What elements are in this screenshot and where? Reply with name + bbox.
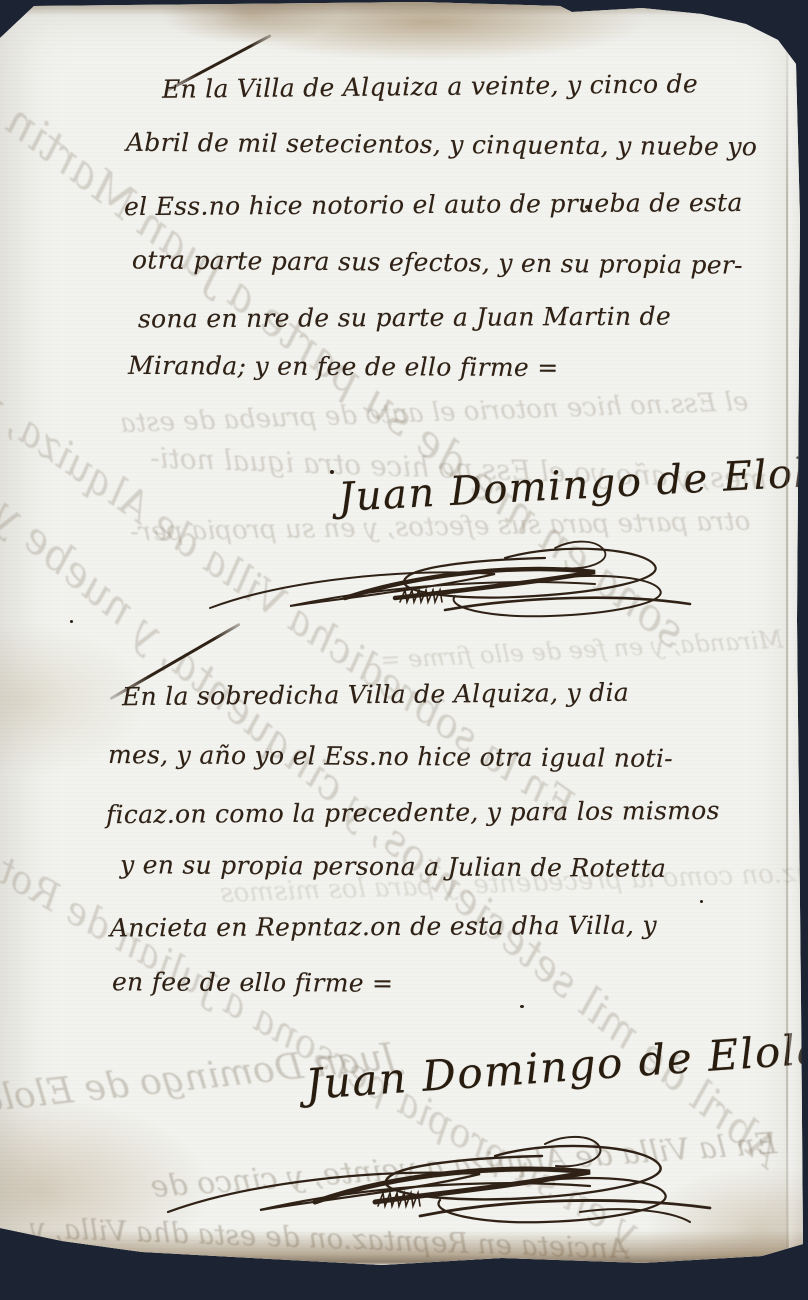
manuscript-line: Miranda; y en fee de ello firme = (128, 351, 559, 382)
signature-rubric-flourish (195, 538, 705, 630)
bleedthrough-ghost-line: Miranda; y en fee de ello firme = (380, 625, 784, 674)
signature: Juan Domingo de Elola (304, 1024, 808, 1109)
ink-speck (70, 620, 73, 623)
ink-speck (520, 1005, 524, 1008)
manuscript-line: el Ess.no hice notorio el auto de prueba… (124, 188, 743, 221)
paper-sheet: sona en nre de su parte a Juan Martin de… (0, 0, 808, 1300)
manuscript-line: mes, y año yo el Ess.no hice otra igual … (108, 740, 673, 773)
manuscript-line: Ancieta en Repntaz.on de esta dha Villa,… (110, 911, 657, 943)
manuscript-line: en fee de ello firme = (112, 967, 394, 997)
manuscript-line: En la Villa de Alquiza a veinte, y cinco… (162, 69, 698, 104)
bleedthrough-ghost-line: el Ess.no hice notorio el auto de prueba… (120, 387, 749, 439)
manuscript-line: otra parte para sus efectos, y en su pro… (132, 245, 743, 279)
top-edge-stain (0, 0, 808, 16)
ink-speck (330, 470, 334, 474)
manuscript-line: y en su propia persona a Julian de Rotet… (120, 850, 666, 883)
ink-speck (700, 900, 703, 903)
signature: Juan Domingo de Elola (337, 449, 808, 521)
page-fold-crease (786, 0, 788, 1300)
page-fold-highlight (789, 40, 805, 1250)
scanned-manuscript-page: sona en nre de su parte a Juan Martin de… (0, 0, 808, 1300)
manuscript-line: ficaz.on como la precedente, y para los … (106, 796, 720, 829)
ink-speck (585, 205, 590, 209)
signature-rubric-flourish (150, 1132, 730, 1240)
ink-speck (250, 985, 253, 988)
manuscript-line: En la sobredicha Villa de Alquiza, y dia (122, 678, 629, 711)
manuscript-line: Abril de mil setecientos, y cinquenta, y… (126, 128, 757, 161)
manuscript-line: sona en nre de su parte a Juan Martin de (138, 302, 671, 334)
bottom-edge-stain (0, 1230, 808, 1264)
